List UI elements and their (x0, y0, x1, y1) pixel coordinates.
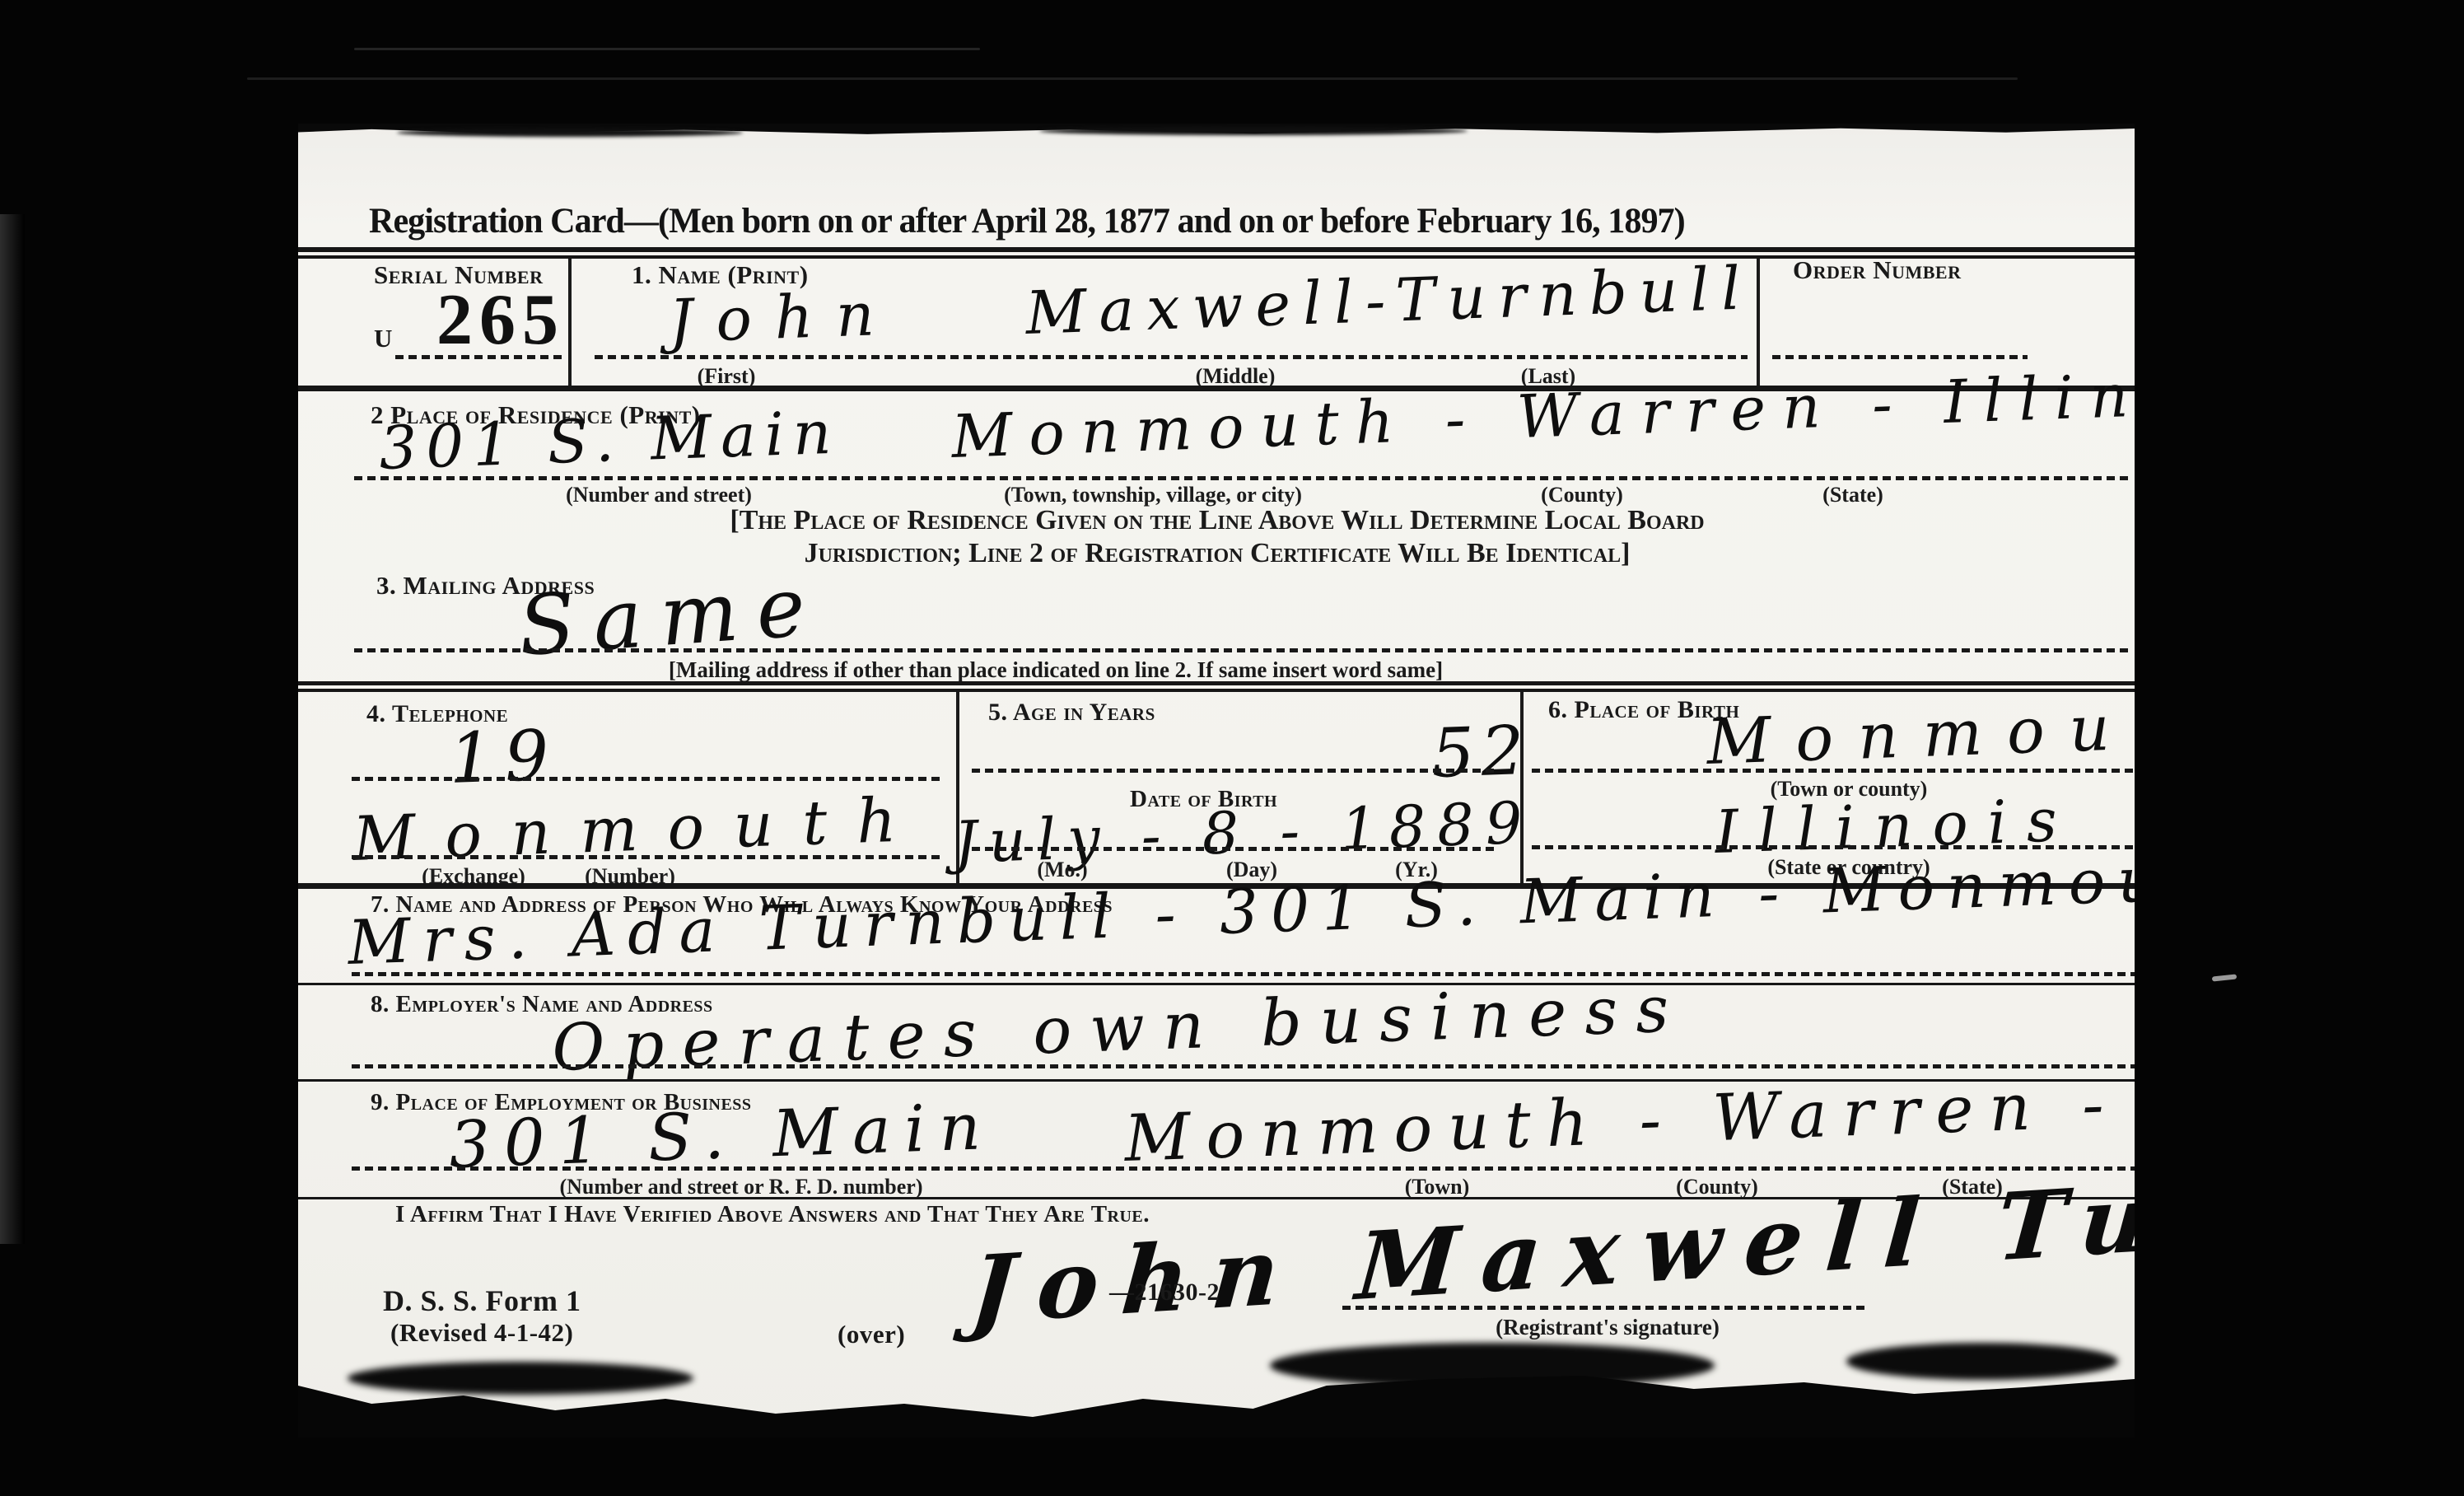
over-note: (over) (838, 1320, 905, 1349)
employment-sub-street: (Number and street or R. F. D. number) (559, 1175, 922, 1199)
name-dotted-line (595, 355, 1748, 359)
order-dotted-line (1772, 355, 2028, 359)
employment-town-handwritten: Monmouth - Warren - Ill. (1123, 1061, 2135, 1176)
telephone-dotted-line-2 (352, 855, 945, 859)
age-handwritten: 52 (1430, 712, 1533, 793)
age-dotted-line (972, 769, 1499, 773)
affirmation-text: I Affirm That I Have Verified Above Answ… (395, 1201, 1150, 1228)
signature-dotted-line (1342, 1306, 1869, 1310)
residence-dotted-line (354, 476, 2133, 480)
name-first-handwritten: John (668, 278, 898, 356)
employment-sub-town: (Town) (1405, 1175, 1470, 1199)
signature-sub-label: (Registrant's signature) (1496, 1315, 1720, 1340)
residence-sub-street: (Number and street) (566, 483, 752, 507)
mailing-note: [Mailing address if other than place ind… (669, 657, 1443, 683)
column-divider (568, 259, 572, 387)
employment-dotted-line (352, 1166, 2135, 1171)
residence-note-line1: [The Place of Residence Given on the Lin… (730, 505, 1704, 536)
scan-background: Registration Card—(Men born on or after … (0, 0, 2464, 1496)
scan-smudge (1846, 1343, 2118, 1380)
order-number-label: Order Number (1793, 255, 1961, 285)
registration-card: Registration Card—(Men born on or after … (298, 124, 2135, 1438)
telephone-number-handwritten: 19 (448, 714, 562, 799)
serial-prefix: U (374, 324, 393, 353)
residence-sub-county: (County) (1541, 483, 1623, 507)
birth-town-handwritten: Monmouth (1706, 686, 2135, 778)
telephone-exchange-handwritten: Monmouth (352, 784, 926, 875)
form-print-code: —21630-2 (1109, 1279, 1220, 1307)
scan-smudge (1039, 127, 1468, 135)
employer-handwritten: Operates own business (551, 972, 1688, 1086)
serial-number-value: 265 (436, 278, 565, 362)
rule (298, 247, 2135, 252)
serial-dotted-line (395, 355, 564, 359)
residence-sub-town: (Town, township, village, or city) (1004, 483, 1302, 507)
scan-smudge (348, 1362, 693, 1395)
employer-dotted-line (352, 1064, 2135, 1068)
column-divider (1757, 259, 1760, 387)
residence-note-line2: Jurisdiction; Line 2 of Registration Cer… (805, 538, 1631, 569)
form-id: D. S. S. Form 1 (383, 1283, 581, 1318)
film-edge-glow (0, 214, 25, 1244)
residence-sub-state: (State) (1822, 483, 1883, 507)
scan-smudge (397, 129, 743, 137)
age-label: 5. Age in Years (988, 699, 1155, 727)
form-title: Registration Card—(Men born on or after … (369, 201, 1685, 241)
dob-dotted-line (972, 847, 1499, 851)
film-scratch (354, 48, 980, 50)
film-speck (2212, 974, 2237, 981)
telephone-dotted-line-1 (352, 777, 945, 781)
rule (298, 681, 2135, 685)
birth-dotted-line-1 (1532, 769, 2135, 773)
rule (298, 689, 2135, 692)
dob-sub-month: (Mo.) (1037, 858, 1087, 882)
contact-dotted-line (352, 972, 2135, 976)
form-revision: (Revised 4-1-42) (390, 1318, 573, 1348)
mailing-dotted-line (354, 648, 2133, 652)
film-scratch (247, 77, 2018, 80)
rule (298, 983, 2135, 985)
name-rest-handwritten: Maxwell-Turnbull (1024, 253, 1753, 348)
